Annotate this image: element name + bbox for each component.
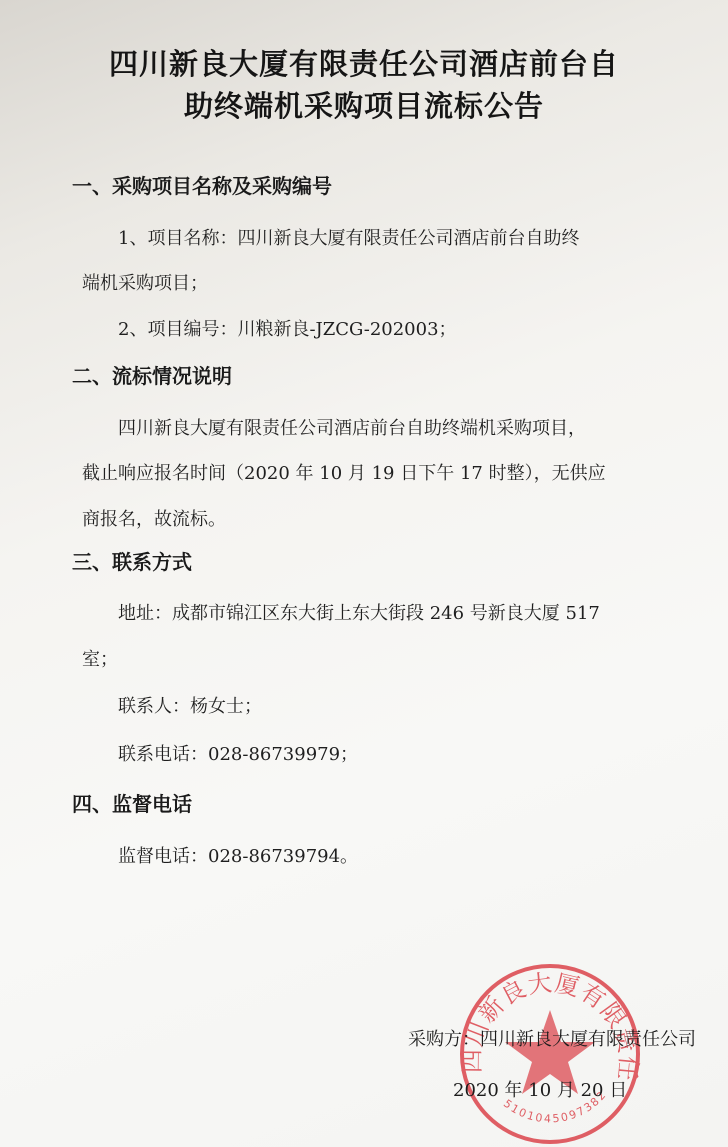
section-heading-contact: 三、联系方式 [72, 548, 192, 576]
signature-date: 2020 年 10 月 20 日 [453, 1078, 627, 1104]
project-name-line: 1、项目名称：四川新良大厦有限责任公司酒店前台自助终 [118, 226, 579, 252]
failure-explanation-line-1: 四川新良大厦有限责任公司酒店前台自助终端机采购项目， [118, 416, 586, 442]
project-number-line: 2、项目编号：川粮新良-JZCG-202003； [118, 317, 457, 343]
project-name-line-cont: 端机采购项目； [82, 271, 208, 297]
failure-explanation-line-2: 截止响应报名时间（2020 年 10 月 19 日下午 17 时整），无供应 [82, 461, 606, 487]
document-title-line-2: 助终端机采购项目流标公告 [0, 86, 728, 126]
failure-explanation-line-3: 商报名，故流标。 [82, 507, 226, 533]
section-heading-supervision: 四、监督电话 [72, 790, 192, 818]
address-line: 地址：成都市锦江区东大街上东大街段 246 号新良大厦 517 [118, 601, 600, 627]
document-title-line-1: 四川新良大厦有限责任公司酒店前台自 [0, 44, 728, 84]
section-heading-project-info: 一、采购项目名称及采购编号 [72, 172, 332, 200]
notice-page: 四川新良大厦有限责任公司酒店前台自 助终端机采购项目流标公告 一、采购项目名称及… [0, 0, 728, 1147]
purchaser-signature: 采购方：四川新良大厦有限责任公司 [408, 1027, 696, 1053]
supervision-phone-line: 监督电话：028-86739794。 [118, 844, 358, 870]
section-heading-failure-explanation: 二、流标情况说明 [72, 362, 232, 390]
address-line-cont: 室； [82, 647, 118, 673]
contact-person-line: 联系人：杨女士； [118, 694, 262, 720]
contact-phone-line: 联系电话：028-86739979； [118, 742, 358, 768]
